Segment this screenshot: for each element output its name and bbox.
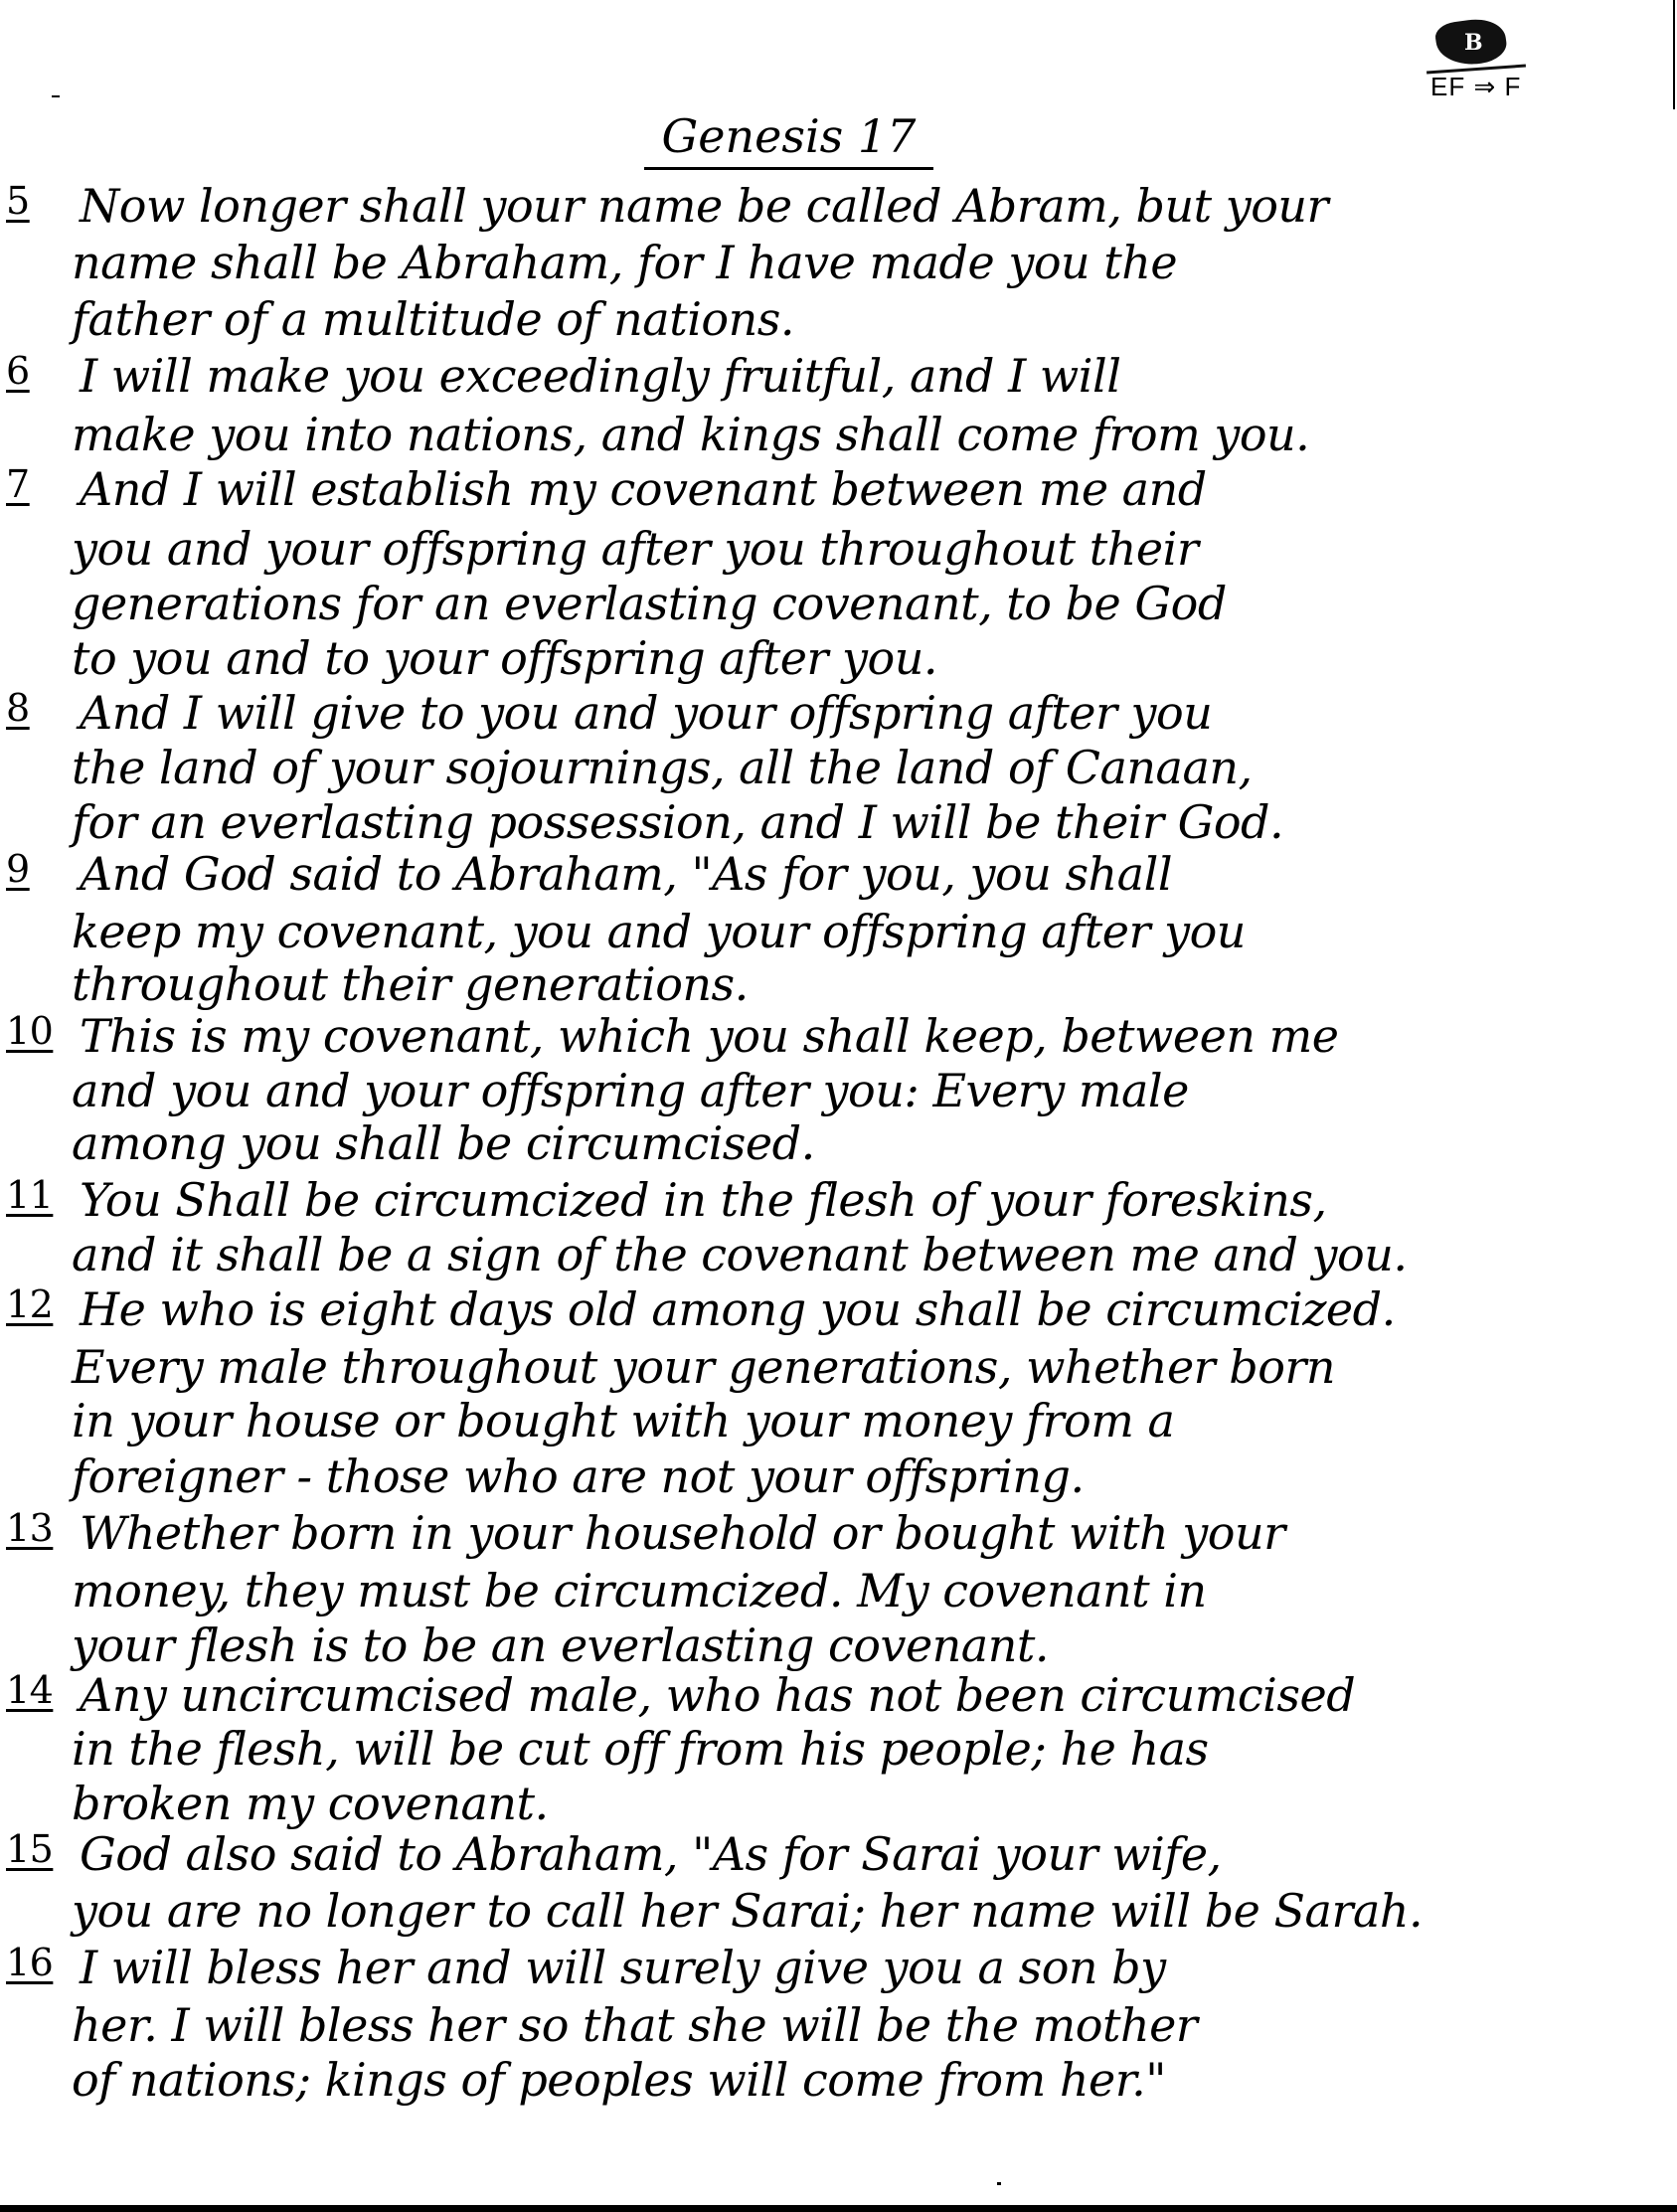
verse-text: father of a multitude of nations. (72, 292, 794, 346)
verse-number: 14 (6, 1668, 53, 1712)
verse-text: broken my covenant. (72, 1777, 549, 1830)
verse-text: I will bless her and will surely give yo… (80, 1941, 1166, 1994)
verse-text: you and your offspring after you through… (72, 522, 1198, 576)
verse-number: 9 (6, 847, 30, 891)
corner-stamp: B EF ⇒ F (1417, 10, 1536, 99)
stamp-mark: B (1464, 30, 1483, 56)
verse-text: Whether born in your household or bought… (80, 1506, 1285, 1560)
verse-text: name shall be Abraham, for I have made y… (72, 236, 1177, 289)
verse-number: 6 (6, 349, 30, 393)
verse-text: generations for an everlasting covenant,… (72, 577, 1227, 630)
verse-text: And God said to Abraham, "As for you, yo… (80, 847, 1172, 901)
page-title: Genesis 17 (0, 109, 1677, 170)
verse-text: throughout their generations. (72, 957, 749, 1011)
verse-number: 16 (6, 1941, 53, 1984)
verse-text: for an everlasting possession, and I wil… (72, 795, 1283, 849)
verse-number: 8 (6, 686, 30, 730)
verse-text: and you and your offspring after you: Ev… (72, 1064, 1189, 1117)
verse-16-line-3: of nations; kings of peoples will come f… (0, 2053, 1677, 2123)
stamp-code: EF ⇒ F (1430, 72, 1521, 102)
scanned-page: B EF ⇒ F Genesis 17 5 Now longer shall y… (0, 0, 1677, 2212)
verse-text: her. I will bless her so that she will b… (72, 1998, 1197, 2052)
verse-text: and it shall be a sign of the covenant b… (72, 1228, 1407, 1281)
verse-text: make you into nations, and kings shall c… (72, 408, 1309, 461)
verse-text: money, they must be circumcized. My cove… (72, 1564, 1207, 1617)
scan-edge-line (1673, 0, 1675, 109)
verse-number: 5 (6, 179, 30, 223)
verse-text: foreigner - those who are not your offsp… (72, 1449, 1085, 1503)
verse-number: 12 (6, 1282, 53, 1326)
verse-number: 11 (6, 1173, 53, 1217)
verse-text: in your house or bought with your money … (72, 1394, 1174, 1447)
verse-text: in the flesh, will be cut off from his p… (72, 1722, 1209, 1776)
verse-text: the land of your sojournings, all the la… (72, 741, 1253, 794)
verse-text: God also said to Abraham, "As for Sarai … (80, 1827, 1222, 1881)
verse-text: you are no longer to call her Sarai; her… (72, 1884, 1423, 1938)
verse-text: He who is eight days old among you shall… (80, 1282, 1396, 1336)
verse-text: Every male throughout your generations, … (72, 1340, 1335, 1394)
scan-speck (52, 95, 60, 97)
scan-bottom-edge (0, 2205, 1677, 2212)
verse-number: 10 (6, 1009, 53, 1053)
scan-speck (997, 2182, 1001, 2185)
verse-text: to you and to your offspring after you. (72, 631, 937, 685)
verse-number: 13 (6, 1506, 53, 1550)
verse-text: You Shall be circumcized in the flesh of… (80, 1173, 1327, 1227)
verse-text: And I will establish my covenant between… (80, 462, 1207, 516)
verse-text: This is my covenant, which you shall kee… (80, 1009, 1338, 1063)
title-text: Genesis 17 (644, 109, 934, 170)
verse-text: of nations; kings of peoples will come f… (72, 2053, 1166, 2107)
verse-text: keep my covenant, you and your offspring… (72, 905, 1246, 958)
verse-text: your flesh is to be an everlasting coven… (72, 1618, 1049, 1672)
verse-text: And I will give to you and your offsprin… (80, 686, 1212, 740)
verse-text: Now longer shall your name be called Abr… (80, 179, 1328, 233)
verse-text: Any uncircumcised male, who has not been… (80, 1668, 1355, 1722)
verse-text: among you shall be circumcised. (72, 1116, 815, 1170)
verse-number: 15 (6, 1827, 53, 1871)
verse-text: I will make you exceedingly fruitful, an… (80, 349, 1120, 403)
verse-number: 7 (6, 462, 30, 506)
